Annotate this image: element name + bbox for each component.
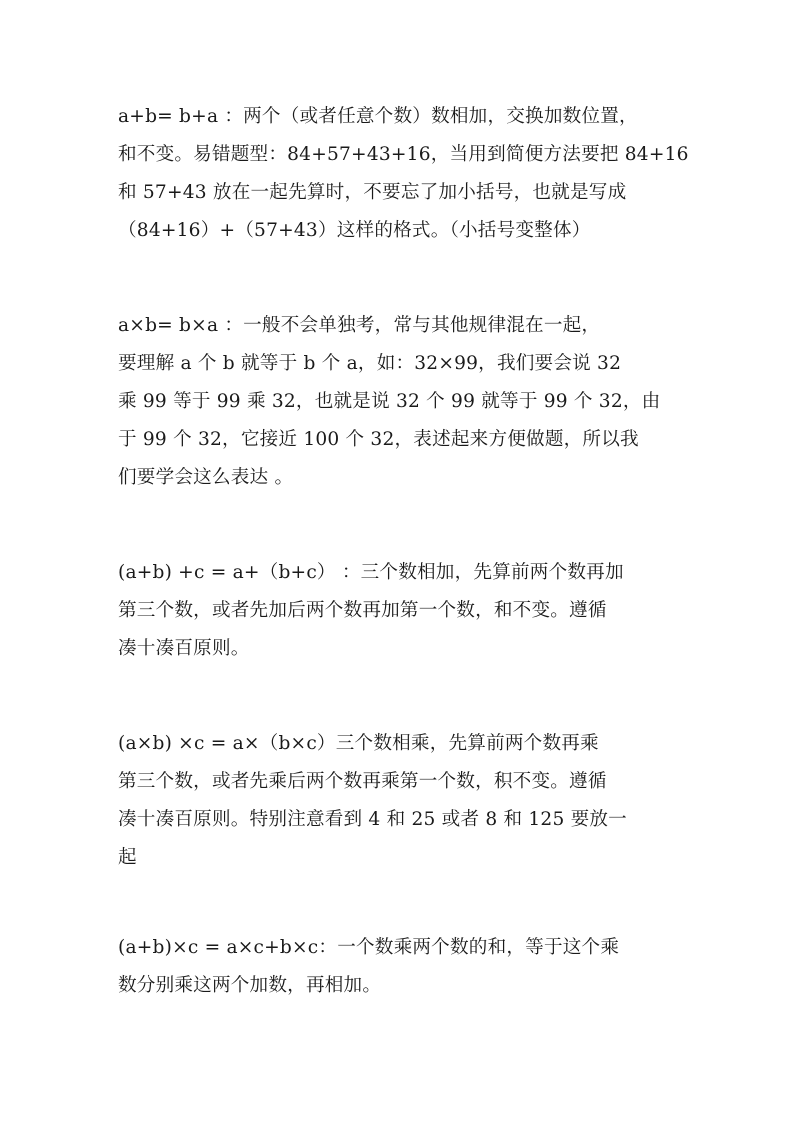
text-line: （84+16）+（57+43）这样的格式。（小括号变整体） [118, 212, 678, 250]
text-line: 和不变。易错题型：84+57+43+16，当用到简便方法要把 84+16 [118, 136, 678, 174]
document-page: a+b= b+a ：两个（或者任意个数）数相加，交换加数位置， 和不变。易错题型… [0, 0, 793, 1122]
text-line: 于 99 个 32，它接近 100 个 32，表述起来方便做题，所以我 [118, 421, 678, 459]
text-line: 凑十凑百原则。 [118, 630, 678, 668]
text-line: 和 57+43 放在一起先算时，不要忘了加小括号，也就是写成 [118, 174, 678, 212]
text-line: 第三个数，或者先乘后两个数再乘第一个数，积不变。遵循 [118, 763, 678, 801]
text-line: 凑十凑百原则。特别注意看到 4 和 25 或者 8 和 125 要放一 [118, 801, 678, 839]
text-line: (a+b)×c = a×c+b×c：一个数乘两个数的和，等于这个乘 [118, 929, 678, 967]
text-line: 乘 99 等于 99 乘 32，也就是说 32 个 99 就等于 99 个 32… [118, 383, 678, 421]
paragraph-associative-addition: (a+b) +c = a+（b+c） ：三个数相加，先算前两个数再加 第三个数，… [118, 554, 678, 668]
text-line: a×b= b×a ：一般不会单独考，常与其他规律混在一起， [118, 307, 678, 345]
text-line: a+b= b+a ：两个（或者任意个数）数相加，交换加数位置， [118, 98, 678, 136]
text-line: 们要学会这么表达 。 [118, 459, 678, 497]
text-line: (a×b) ×c = a×（b×c）三个数相乘，先算前两个数再乘 [118, 725, 678, 763]
text-line: 数分别乘这两个加数，再相加。 [118, 967, 678, 1005]
text-line: 要理解 a 个 b 就等于 b 个 a，如：32×99，我们要会说 32 [118, 345, 678, 383]
paragraph-associative-multiplication: (a×b) ×c = a×（b×c）三个数相乘，先算前两个数再乘 第三个数，或者… [118, 725, 678, 877]
text-line: (a+b) +c = a+（b+c） ：三个数相加，先算前两个数再加 [118, 554, 678, 592]
paragraph-commutative-addition: a+b= b+a ：两个（或者任意个数）数相加，交换加数位置， 和不变。易错题型… [118, 98, 678, 250]
paragraph-commutative-multiplication: a×b= b×a ：一般不会单独考，常与其他规律混在一起， 要理解 a 个 b … [118, 307, 678, 497]
paragraph-distributive: (a+b)×c = a×c+b×c：一个数乘两个数的和，等于这个乘 数分别乘这两… [118, 929, 678, 1005]
text-line: 起 [118, 839, 678, 877]
text-line: 第三个数，或者先加后两个数再加第一个数，和不变。遵循 [118, 592, 678, 630]
